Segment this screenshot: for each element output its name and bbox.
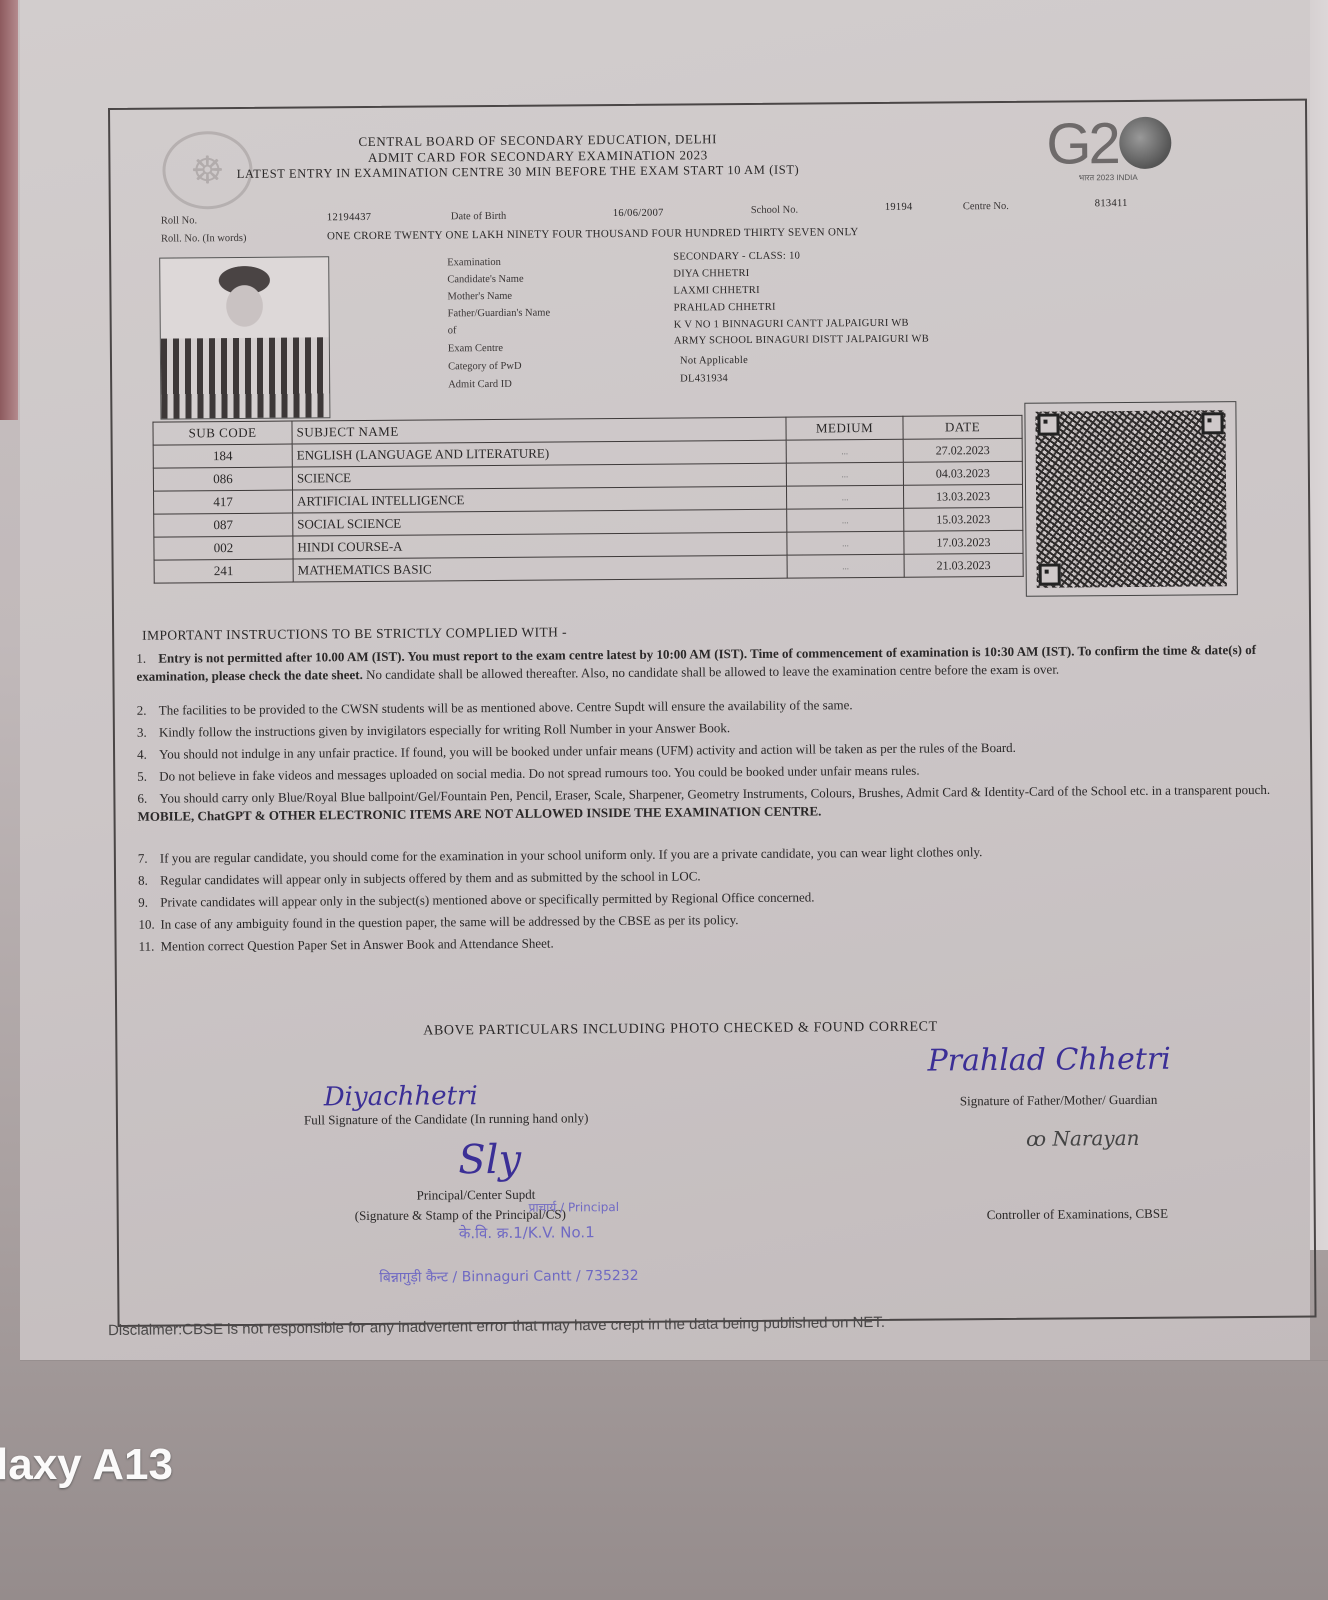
qr-pattern [1035,410,1226,587]
qr-finder-icon [1037,414,1059,436]
roll-words-label: Roll. No. (In words) [161,233,247,245]
verification-statement: ABOVE PARTICULARS INCLUDING PHOTO CHECKE… [423,1020,938,1040]
detail-value: ARMY SCHOOL BINAGURI DISTT JALPAIGURI WB [674,334,929,347]
detail-value: Not Applicable [680,355,748,367]
detail-value: DIYA CHHETRI [673,268,749,280]
sub-code-cell: 184 [153,444,292,468]
dob-label: Date of Birth [451,211,506,222]
instruction-item: 6.You should carry only Blue/Royal Blue … [137,781,1277,826]
date-cell: 15.03.2023 [904,507,1023,531]
detail-value: SECONDARY - CLASS: 10 [673,251,800,263]
centre-no-value: 813411 [1095,198,1128,209]
paper-fold [20,1360,1328,1361]
instruction-text: No candidate shall be allowed thereafter… [363,662,1059,682]
instruction-item: 1.Entry is not permitted after 10.00 AM … [136,641,1276,686]
sub-code-cell: 087 [154,513,293,537]
instruction-text: You should not indulge in any unfair pra… [159,740,1016,762]
instruction-number: 5. [137,768,159,786]
parent-signature-label: Signature of Father/Mother/ Guardian [960,1092,1158,1110]
sub-code-cell: 002 [154,536,293,560]
principal-label: Principal/Center Supdt [416,1187,535,1204]
col-date: DATE [903,415,1022,439]
instruction-text: You should carry only Blue/Royal Blue ba… [159,782,1270,806]
subject-name-cell: MATHEMATICS BASIC [293,555,787,582]
background-edge [0,0,18,420]
dob-value: 16/06/2007 [613,208,664,219]
instruction-item: 11.Mention correct Question Paper Set in… [139,929,1279,956]
instruction-text: The facilities to be provided to the CWS… [159,697,853,717]
detail-value: DL431934 [680,373,728,384]
instructions-list: 1.Entry is not permitted after 10.00 AM … [110,101,1305,110]
instruction-number: 11. [139,938,161,956]
admit-card-paper: ☸ G2 भारत 2023 INDIA CENTRAL BOARD OF SE… [20,0,1310,1360]
date-cell: 17.03.2023 [904,530,1023,554]
medium-cell: ... [787,531,904,555]
camera-watermark: laxy A13 [0,1440,173,1490]
candidate-photo [159,256,330,419]
medium-cell: ... [786,462,903,486]
col-sub-code: SUB CODE [153,421,292,445]
school-no-value: 19194 [885,202,913,213]
detail-label: Admit Card ID [448,379,512,390]
principal-stamp-line2: के.वि. क्र.1/K.V. No.1 [459,1222,595,1243]
principal-stamp-line3: बिन्नागुड़ी कैन्ट / Binnaguri Cantt / 73… [379,1266,639,1287]
roll-no-label: Roll No. [161,215,197,226]
instruction-number: 1. [136,650,158,668]
sub-code-cell: 417 [154,490,293,514]
instruction-number: 9. [138,894,160,912]
candidate-signature: Diyachhetri [324,1081,478,1112]
qr-finder-icon [1201,412,1223,434]
detail-label: Candidate's Name [447,274,523,286]
candidate-details: Examination SECONDARY - CLASS: 10 Candid… [110,101,1305,110]
instructions-title: IMPORTANT INSTRUCTIONS TO BE STRICTLY CO… [142,624,567,643]
subjects-table: SUB CODE SUBJECT NAME MEDIUM DATE 184ENG… [152,415,1023,584]
medium-cell: ... [786,485,903,509]
detail-label: Father/Guardian's Name [448,308,551,320]
instruction-text: Mention correct Question Paper Set in An… [161,936,554,954]
controller-label: Controller of Examinations, CBSE [987,1206,1168,1223]
medium-cell: ... [786,439,903,463]
instruction-text: In case of any ambiguity found in the qu… [160,912,738,932]
admit-card: ☸ G2 भारत 2023 INDIA CENTRAL BOARD OF SE… [108,99,1317,1327]
roll-no-value: 12194437 [327,212,371,223]
instruction-text: Do not believe in fake videos and messag… [159,763,919,784]
instruction-text: Private candidates will appear only in t… [160,889,814,909]
instruction-number: 7. [138,850,160,868]
detail-value: K V NO 1 BINNAGURI CANTT JALPAIGURI WB [674,318,909,331]
centre-no-label: Centre No. [963,201,1009,212]
instruction-number: 10. [138,916,160,934]
school-no-label: School No. [751,205,798,216]
principal-signature: Sly [458,1137,521,1183]
instruction-number: 6. [137,790,159,808]
detail-label: of [448,325,457,336]
controller-signature: ꝏ Narayan [1026,1126,1140,1151]
sub-code-cell: 086 [153,467,292,491]
instruction-number: 3. [137,724,159,742]
principal-stamp-line1: प्राचार्य / Principal [529,1198,620,1216]
instruction-number: 4. [137,746,159,764]
detail-label: Mother's Name [447,291,512,303]
date-cell: 13.03.2023 [903,484,1022,508]
detail-label: Examination [447,257,501,268]
qr-code [1024,401,1238,597]
instruction-text: Regular candidates will appear only in s… [160,868,701,887]
medium-cell: ... [787,508,904,532]
instruction-text: If you are regular candidate, you should… [160,844,983,865]
detail-label: Category of PwD [448,361,522,373]
parent-signature: Prahlad Chhetri [927,1042,1171,1079]
qr-finder-icon [1039,564,1061,586]
roll-words-value: ONE CRORE TWENTY ONE LAKH NINETY FOUR TH… [327,226,859,242]
sub-code-cell: 241 [154,559,293,583]
instruction-number: 8. [138,872,160,890]
col-medium: MEDIUM [786,416,903,440]
date-cell: 04.03.2023 [903,461,1022,485]
instruction-number: 2. [137,702,159,720]
detail-value: PRAHLAD CHHETRI [674,302,776,314]
instruction-text: Kindly follow the instructions given by … [159,720,730,739]
instruction-emphasis: MOBILE, ChatGPT & OTHER ELECTRONIC ITEMS… [138,803,822,823]
medium-cell: ... [787,554,904,578]
detail-value: LAXMI CHHETRI [673,285,760,297]
date-cell: 27.02.2023 [903,438,1022,462]
date-cell: 21.03.2023 [904,553,1023,577]
candidate-signature-label: Full Signature of the Candidate (In runn… [304,1110,589,1128]
detail-label: Exam Centre [448,343,503,354]
